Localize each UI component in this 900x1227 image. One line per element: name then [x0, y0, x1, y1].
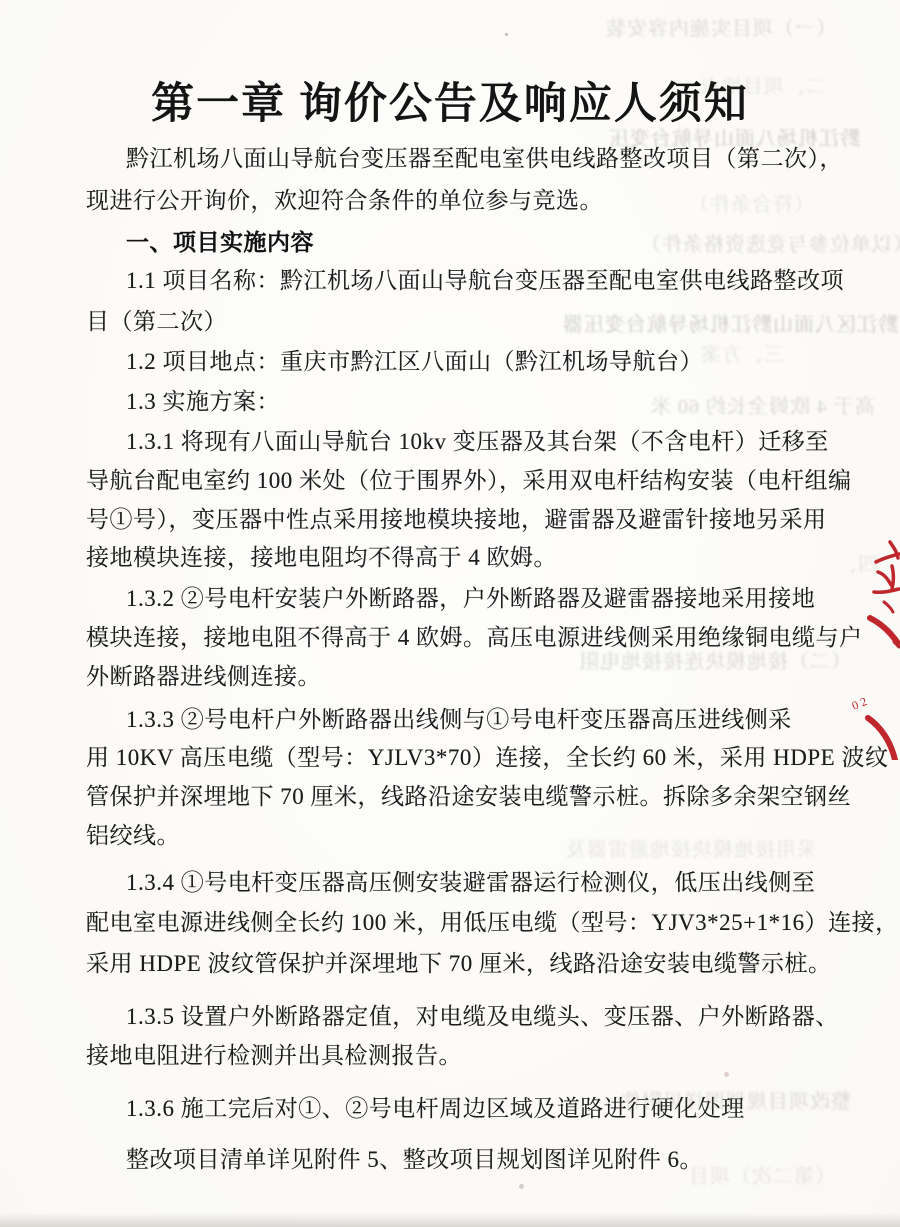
- scan-noise-specks: [505, 33, 508, 36]
- doc-line: 1.3 实施方案：: [126, 383, 280, 416]
- doc-line: 1.2 项目地点：重庆市黔江区八面山（黔江机场导航台）: [126, 343, 703, 376]
- doc-line: 1.3.5 设置户外断路器定值，对电缆及电缆头、变压器、户外断路器、: [126, 998, 839, 1031]
- red-stamp-ink-marks: 0 2: [848, 520, 900, 760]
- section-heading: 一、项目实施内容: [126, 224, 314, 257]
- doc-line: 模块连接，接地电阻不得高于 4 欧姆。高压电源进线侧采用绝缘铜电缆与户: [86, 619, 863, 652]
- doc-line: 采用 HDPE 波纹管保护并深埋地下 70 厘米，线路沿途安装电缆警示桩。: [86, 945, 832, 978]
- bleedthrough-text: 重庆市黔江区八面山黔江机场导航台变压器: [562, 308, 900, 337]
- doc-line: 1.3.2 ②号电杆安装户外断路器，户外断路器及避雷器接地采用接地: [126, 580, 815, 613]
- doc-line: 1.3.1 将现有八面山导航台 10kv 变压器及其台架（不含电杆）迁移至: [126, 423, 829, 456]
- document-page: 第一章 询价公告及响应人须知 黔江机场八面山导航台变压器至配电室供电线路整改项目…: [0, 0, 900, 1227]
- doc-line: 现进行公开询价，欢迎符合条件的单位参与竞选。: [86, 182, 603, 215]
- chapter-title-text: 第一章 询价公告及响应人须知: [151, 81, 749, 128]
- red-stamp-digits: 0 2: [850, 694, 869, 713]
- doc-line: 用 10KV 高压电缆（型号：YJLV3*70）连接，全长约 60 米，采用 H…: [86, 739, 888, 772]
- bleedthrough-text: （符合条件）: [688, 188, 814, 217]
- doc-line: 目（第二次）: [86, 303, 227, 336]
- doc-line: 配电室电源进线侧全长约 100 米，用低压电缆（型号：YJV3*25+1*16）…: [86, 904, 899, 937]
- doc-line: 整改项目清单详见附件 5、整改项目规划图详见附件 6。: [126, 1141, 703, 1174]
- doc-line: 1.1 项目名称：黔江机场八面山导航台变压器至配电室供电线路整改项: [126, 262, 844, 295]
- doc-line: 外断路器进线侧连接。: [86, 658, 321, 691]
- doc-line: 接地电阻进行检测并出具检测报告。: [86, 1037, 462, 1070]
- bleedthrough-text: （第二次）项目: [688, 1160, 835, 1189]
- doc-line: 黔江机场八面山导航台变压器至配电室供电线路整改项目（第二次），: [126, 140, 843, 173]
- doc-line: 铝绞线。: [86, 817, 180, 850]
- doc-line: 1.3.4 ①号电杆变压器高压侧安装避雷器运行检测仪，低压出线侧至: [126, 864, 815, 897]
- doc-line: 接地模块连接，接地电阻均不得高于 4 欧姆。: [86, 539, 557, 572]
- doc-line: 1.3.3 ②号电杆户外断路器出线侧与①号电杆变压器高压进线侧采: [126, 701, 792, 734]
- doc-line: 号①号），变压器中性点采用接地模块接地，避雷器及避雷针接地另采用: [86, 501, 827, 534]
- bleedthrough-text: 三、方案: [700, 338, 784, 367]
- chapter-title: 第一章 询价公告及响应人须知: [0, 70, 900, 131]
- doc-line: 1.3.6 施工完后对①、②号电杆周边区域及道路进行硬化处理: [126, 1090, 745, 1123]
- doc-line: 管保护并深埋地下 70 厘米，线路沿途安装电缆警示桩。拆除多余架空钢丝: [86, 778, 851, 811]
- doc-line: 导航台配电室约 100 米处（位于围界外），采用双电杆结构安装（电杆组编: [86, 462, 852, 495]
- bleedthrough-text: 高于 4 欧姆全长约 60 米: [650, 390, 875, 419]
- bleedthrough-text: 采用接地模块接地避雷器及: [565, 833, 817, 862]
- bleedthrough-text: （以单位参与竞选资格条件）: [640, 228, 900, 257]
- bleedthrough-text: （一）项目实施内容安装: [605, 12, 836, 41]
- scan-bottom-edge-shadow: [0, 1213, 900, 1227]
